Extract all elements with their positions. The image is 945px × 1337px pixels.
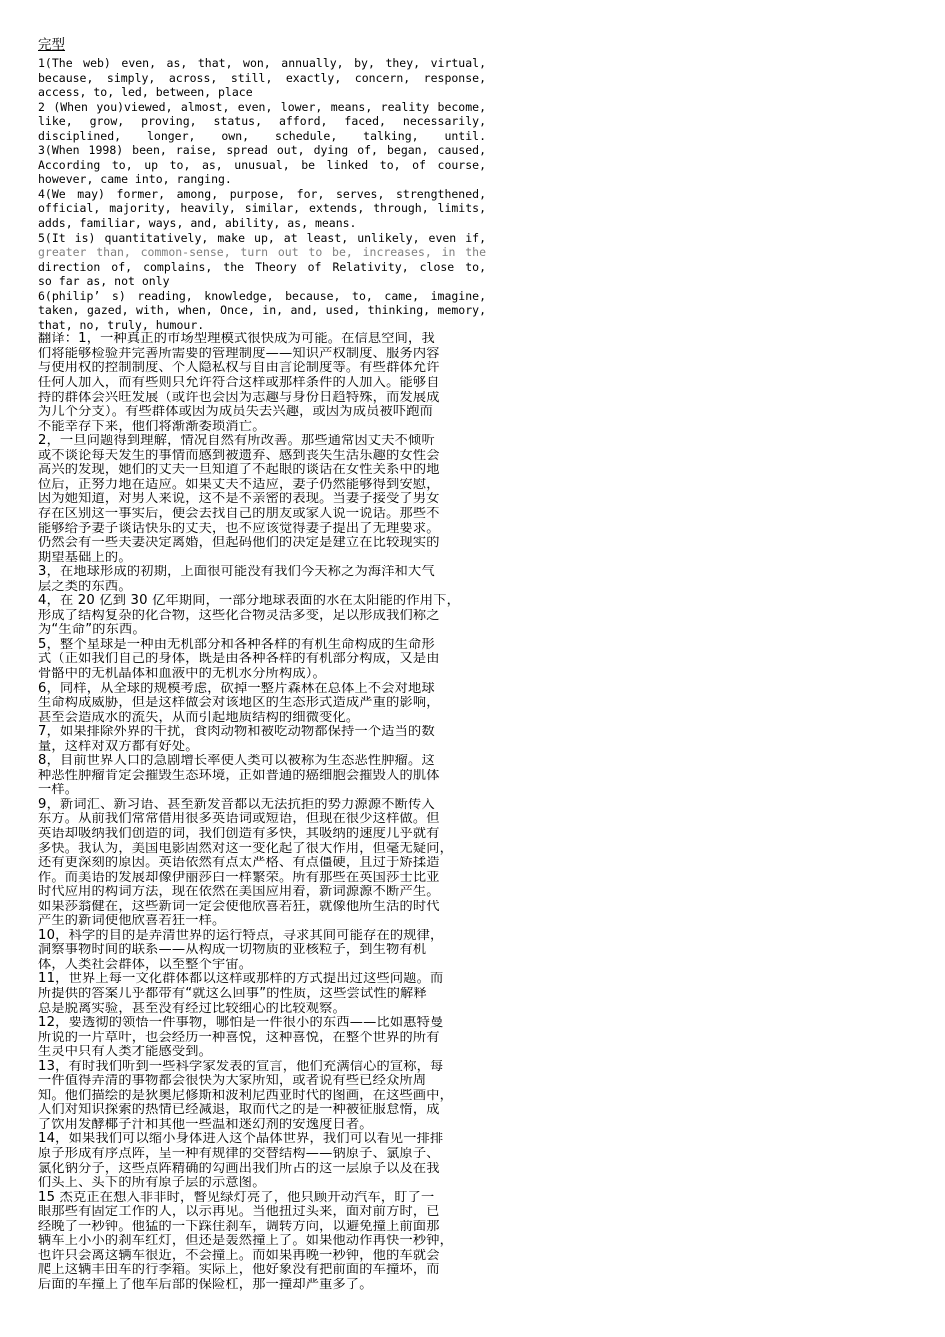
cloze-line: direction of, complains, the Theory of R… <box>38 260 486 275</box>
translation-line: 9，新词汇、新习语、甚至新发音都以无法抗拒的势力源源不断传入 <box>38 798 486 813</box>
translation-line: 层之类的东西。 <box>38 580 486 595</box>
cloze-line: disciplined, longer, own, schedule, talk… <box>38 129 486 144</box>
translation-line: 体，人类社会群体，以至整个宇宙。 <box>38 958 486 973</box>
translation-line: 了饮用发酵椰子汁和其他一些温和迷幻剂的安逸度日者。 <box>38 1118 486 1133</box>
cloze-line: however, came into, ranging. <box>38 172 486 187</box>
translation-line: 期望基础上的。 <box>38 551 486 566</box>
translation-line: 们头上、头下的所有原子层的示意图。 <box>38 1176 486 1191</box>
translation-line: 为几个分支）。有些群体或因为成员失去兴趣，或因为成员被吓跑而 <box>38 405 486 420</box>
cloze-line: 4(We may) former, among, purpose, for, s… <box>38 187 486 202</box>
translation-line: 存在区别这一事实后，便会去找自己的朋友或家人说一说话。那些不 <box>38 507 486 522</box>
translation-line: 为“生命”的东西。 <box>38 623 486 638</box>
cloze-line: According to, up to, as, unusual, be lin… <box>38 158 486 173</box>
translation-line: 还有更深刻的原因。英语依然有点太严格、有点僵硬，且过于矫揉造 <box>38 856 486 871</box>
cloze-line: access, to, led, between, place <box>38 85 486 100</box>
translation-line: 知。他们描绘的是狄奥尼修斯和波利尼西亚时代的图画，在这些画中， <box>38 1089 486 1104</box>
translation-line: 12，要透彻的领悟一件事物，哪怕是一件很小的东西——比如惠特曼 <box>38 1016 486 1031</box>
translation-line: 眼那些有固定工作的人，以示再见。当他扭过头来，面对前方时，已 <box>38 1205 486 1220</box>
translation-line: 式（正如我们自己的身体，既是由各种各样的有机部分构成，又是由 <box>38 652 486 667</box>
translation-line: 产生的新词使他欣喜若狂一样。 <box>38 914 486 929</box>
translation-line: 洞察事物时间的联系——从构成一切物质的亚核粒子，到生物有机 <box>38 943 486 958</box>
translation-line: 人们对知识探索的热情已经减退，取而代之的是一种被征服怠惰，成 <box>38 1103 486 1118</box>
cloze-line: because, simply, across, still, exactly,… <box>38 71 486 86</box>
document-page: 完型 1(The web) even, as, that, won, annua… <box>0 0 486 1292</box>
translation-line: 能够给予妻子谈话快乐的丈夫，也不应该觉得妻子提出了无理要求。 <box>38 522 486 537</box>
translation-line: 骨骼中的无机晶体和血液中的无机水分所构成）。 <box>38 667 486 682</box>
cloze-line: 3(When 1998) been, raise, spread out, dy… <box>38 143 486 158</box>
translation-line: 任何人加入，而有些则只允许符合这样或那样条件的人加入。能够自 <box>38 376 486 391</box>
translation-line: 5，整个星球是一种由无机部分和各种各样的有机生命构成的生命形 <box>38 638 486 653</box>
translation-line: 氯化钠分子，这些点阵精确的勾画出我们所占的这一层原子以及在我 <box>38 1162 486 1177</box>
translation-line: 爬上这辆丰田车的行李箱。实际上，他好象没有把前面的车撞坏，而 <box>38 1263 486 1278</box>
translation-line: 位后，正努力地在适应。如果丈夫不适应，妻子仍然能够得到安慰， <box>38 478 486 493</box>
translation-line: 2，一旦问题得到理解，情况自然有所改善。那些通常因丈夫不倾听 <box>38 434 486 449</box>
cloze-line: 2 (When you)viewed, almost, even, lower,… <box>38 100 486 115</box>
translation-line: 经晚了一秒钟。他猛的一下踩住刹车，调转方向，以避免撞上前面那 <box>38 1220 486 1235</box>
cloze-line: 1(The web) even, as, that, won, annually… <box>38 56 486 71</box>
translation-line: 不能幸存下来，他们将渐渐委琐消亡。 <box>38 420 486 435</box>
translation-line: 所提供的答案几乎都带有“就这么回事”的性质，这些尝试性的解释 <box>38 987 486 1002</box>
translation-line: 作。而美语的发展却像伊丽莎白一样繁荣。所有那些在英国莎士比亚 <box>38 871 486 886</box>
translation-line: 仍然会有一些夫妻决定离婚，但起码他们的决定是建立在比较现实的 <box>38 536 486 551</box>
cloze-line: so far as, not only <box>38 274 486 289</box>
cloze-line: adds, familiar, ways, and, ability, as, … <box>38 216 486 231</box>
translation-line: 辆车上小小的刹车红灯，但还是轰然撞上了。如果他动作再快一秒钟， <box>38 1234 486 1249</box>
translation-line: 3，在地球形成的初期，上面很可能没有我们今天称之为海洋和大气 <box>38 565 486 580</box>
cloze-line: like, grow, proving, status, afford, fac… <box>38 114 486 129</box>
translation-line: 持的群体会兴旺发展（或许也会因为志趣与身份日趋特殊，而发展成 <box>38 391 486 406</box>
translation-line: 英语却吸纳我们创造的词，我们创造有多快，其吸纳的速度几乎就有 <box>38 827 486 842</box>
translation-line: 一件值得弄清的事物都会很快为大家所知，或者说有些已经众所周 <box>38 1074 486 1089</box>
translation-line: 11，世界上每一文化群体都以这样或那样的方式提出过这些问题。而 <box>38 972 486 987</box>
translation-line: 与使用权的控制制度、个人隐私权与自由言论制度等。有些群体允许 <box>38 361 486 376</box>
translation-line: 如果莎翁健在，这些新词一定会使他欣喜若狂，就像他所生活的时代 <box>38 900 486 915</box>
translation-line: 4，在 20 亿到 30 亿年期间，一部分地球表面的水在太阳能的作用下， <box>38 594 486 609</box>
cloze-line: 5(It is) quantitatively, make up, at lea… <box>38 231 486 246</box>
translation-line: 13，有时我们听到一些科学家发表的宣言，他们充满信心的宣称，每 <box>38 1060 486 1075</box>
translation-line: 也许只会离这辆车很近，不会撞上。而如果再晚一秒钟，他的车就会 <box>38 1249 486 1264</box>
translation-line: 多快。我认为，美国电影固然对这一变化起了很大作用，但毫无疑问， <box>38 842 486 857</box>
translation-line: 东方。从前我们常常借用很多英语词或短语，但现在很少这样做。但 <box>38 812 486 827</box>
translation-line: 翻译：1，一种真正的市场型理模式很快成为可能。在信息空间，我 <box>38 332 486 347</box>
translation-line: 因为她知道，对男人来说，这不是不亲密的表现。当妻子接受了男女 <box>38 492 486 507</box>
cloze-answers-section: 1(The web) even, as, that, won, annually… <box>38 56 486 332</box>
translation-line: 种恶性肿瘤肯定会摧毁生态环境，正如普通的癌细胞会摧毁人的肌体 <box>38 769 486 784</box>
translation-section: 翻译：1，一种真正的市场型理模式很快成为可能。在信息空间，我们将能够检验并完善所… <box>38 332 486 1292</box>
translation-line: 形成了结构复杂的化合物，这些化合物灵活多变，足以形成我们称之 <box>38 609 486 624</box>
translation-line: 10，科学的目的是弄清世界的运行特点，寻求其间可能存在的规律， <box>38 929 486 944</box>
translation-line: 总是脱离实验，甚至没有经过比较细心的比较观察。 <box>38 1002 486 1017</box>
translation-line: 7，如果排除外界的干扰，食肉动物和被吃动物都保持一个适当的数 <box>38 725 486 740</box>
translation-line: 15 杰克正在想入非非时，瞥见绿灯亮了，他只顾开动汽车，盯了一 <box>38 1191 486 1206</box>
translation-line: 或不谈论每天发生的事情而感到被遗弃、感到丧失生活乐趣的女性会 <box>38 449 486 464</box>
translation-line: 后面的车撞上了他车后部的保险杠，那一撞却严重多了。 <box>38 1278 486 1293</box>
cloze-line: taken, gazed, with, when, Once, in, and,… <box>38 303 486 318</box>
cloze-line: that, no, truly, humour. <box>38 318 486 333</box>
translation-line: 6，同样，从全球的规模考虑，砍掉一整片森林在总体上不会对地球 <box>38 682 486 697</box>
translation-line: 高兴的发现，她们的丈夫一旦知道了不起眼的谈话在女性关系中的地 <box>38 463 486 478</box>
translation-line: 时代应用的构词方法，现在依然在美国应用着，新词源源不断产生。 <box>38 885 486 900</box>
translation-line: 量，这样对双方都有好处。 <box>38 740 486 755</box>
cloze-line: official, majority, heavily, similar, ex… <box>38 201 486 216</box>
translation-line: 原子形成有序点阵，呈一种有规律的交替结构——钠原子、氯原子、 <box>38 1147 486 1162</box>
translation-line: 8，目前世界人口的急剧增长率使人类可以被称为生态恶性肿瘤。这 <box>38 754 486 769</box>
cloze-line: greater than, common-sense, turn out to … <box>38 245 486 260</box>
cloze-line: 6(philip’ s) reading, knowledge, because… <box>38 289 486 304</box>
document-heading: 完型 <box>38 38 486 56</box>
translation-line: 们将能够检验并完善所需要的管理制度——知识产权制度、服务内容 <box>38 347 486 362</box>
translation-line: 所说的一片草叶，也会经历一种喜悦，这种喜悦，在整个世界的所有 <box>38 1031 486 1046</box>
translation-line: 14，如果我们可以缩小身体进入这个晶体世界，我们可以看见一排排 <box>38 1132 486 1147</box>
translation-line: 生命构成威胁，但是这样做会对该地区的生态形式造成严重的影响， <box>38 696 486 711</box>
translation-line: 生灵中只有人类才能感受到。 <box>38 1045 486 1060</box>
translation-line: 一样。 <box>38 783 486 798</box>
translation-line: 甚至会造成水的流失，从而引起地质结构的细微变化。 <box>38 711 486 726</box>
